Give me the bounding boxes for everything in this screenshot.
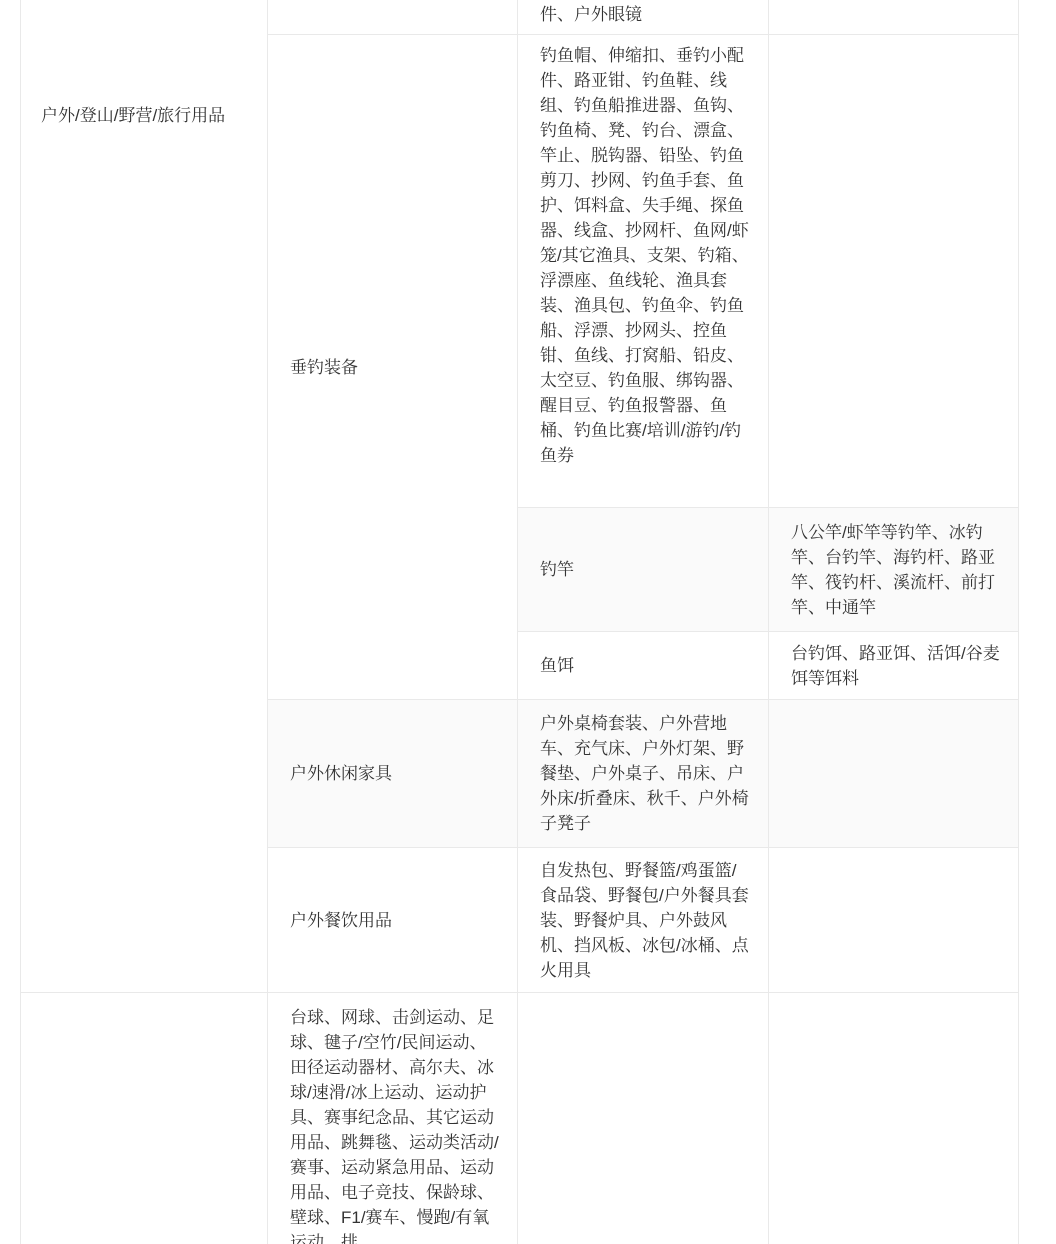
outdoor-furniture-items-cell: 户外桌椅套装、户外营地车、充气床、户外灯架、野餐垫、户外桌子、吊床、户外床/折叠… [518,700,769,848]
truncated-row-items-text: 件、户外眼镜 [540,5,642,24]
fish-bait-level3-cell: 鱼饵 [518,632,769,700]
outdoor-furniture-level2-cell: 户外休闲家具 [268,700,518,848]
fish-bait-items-text: 台钓饵、路亚饵、活饵/谷麦饵等饵料 [791,641,1002,691]
truncated-row-level2-cell [268,0,518,35]
fishing-rod-level3-cell: 钓竿 [518,508,769,632]
level1-category-cell: 户外/登山/野营/旅行用品 [21,0,268,993]
sports-level3-cell [518,993,769,1244]
fishing-gear-items-text: 钓鱼帽、伸缩扣、垂钓小配件、路亚钳、钓鱼鞋、线组、钓鱼船推进器、鱼钩、钓鱼椅、凳… [540,46,749,465]
outdoor-dining-items-text: 自发热包、野餐篮/鸡蛋篮/食品袋、野餐包/户外餐具套装、野餐炉具、户外鼓风机、挡… [540,858,752,983]
outdoor-furniture-items-text: 户外桌椅套装、户外营地车、充气床、户外灯架、野餐垫、户外桌子、吊床、户外床/折叠… [540,711,752,836]
outdoor-furniture-label: 户外休闲家具 [290,761,392,786]
outdoor-furniture-level4-cell [769,700,1019,848]
fishing-rod-label: 钓竿 [540,557,574,582]
fish-bait-label: 鱼饵 [540,653,574,678]
fishing-gear-level2-cell: 垂钓装备 [268,35,518,700]
category-table: 户外/登山/野营/旅行用品 件、户外眼镜 垂钓装备 钓鱼帽、伸缩扣、垂钓小配件、… [20,0,1018,1244]
fishing-gear-level4-cell [769,35,1019,508]
sports-items-cell: 台球、网球、击剑运动、足球、毽子/空竹/民间运动、田径运动器材、高尔夫、冰球/速… [268,993,518,1244]
fishing-rod-items-text: 八公竿/虾竿等钓竿、冰钓竿、台钓竿、海钓杆、路亚竿、筏钓杆、溪流杆、前打竿、中通… [791,520,1002,620]
sports-level4-cell [769,993,1019,1244]
outdoor-dining-label: 户外餐饮用品 [290,908,392,933]
truncated-row-items-cell: 件、户外眼镜 [518,0,769,35]
level1-category-label: 户外/登山/野营/旅行用品 [41,103,255,128]
truncated-row-level4-cell [769,0,1019,35]
outdoor-dining-level4-cell [769,848,1019,993]
fish-bait-level4-cell: 台钓饵、路亚饵、活饵/谷麦饵等饵料 [769,632,1019,700]
fishing-gear-label: 垂钓装备 [290,355,358,380]
sports-items-text: 台球、网球、击剑运动、足球、毽子/空竹/民间运动、田径运动器材、高尔夫、冰球/速… [290,1008,499,1244]
fishing-gear-items-cell: 钓鱼帽、伸缩扣、垂钓小配件、路亚钳、钓鱼鞋、线组、钓鱼船推进器、鱼钩、钓鱼椅、凳… [518,35,769,508]
fishing-rod-level4-cell: 八公竿/虾竿等钓竿、冰钓竿、台钓竿、海钓杆、路亚竿、筏钓杆、溪流杆、前打竿、中通… [769,508,1019,632]
outdoor-dining-items-cell: 自发热包、野餐篮/鸡蛋篮/食品袋、野餐包/户外餐具套装、野餐炉具、户外鼓风机、挡… [518,848,769,993]
sports-level1-cell [21,993,268,1244]
outdoor-dining-level2-cell: 户外餐饮用品 [268,848,518,993]
